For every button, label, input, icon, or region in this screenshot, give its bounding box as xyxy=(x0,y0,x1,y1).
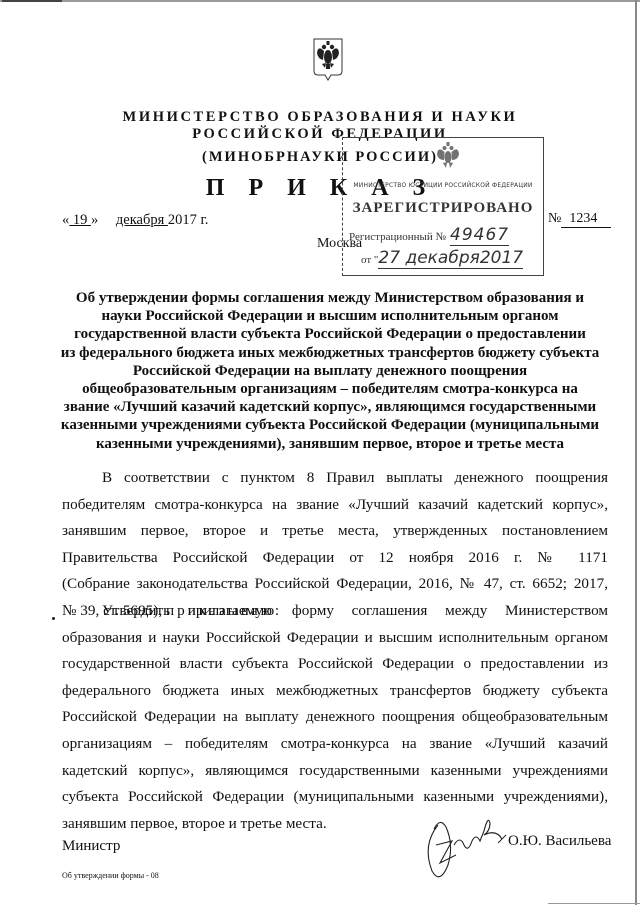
document-type-title: П Р И К А З xyxy=(0,175,640,202)
signatory-position: Министр xyxy=(62,838,120,855)
date-day: 19 xyxy=(69,212,91,228)
signatory-name: О.Ю. Васильева xyxy=(508,833,611,850)
stamp-title: ЗАРЕГИСТРИРОВАНО xyxy=(343,200,543,217)
paragraph-line: В соответствии с пунктом 8 Правил выплат… xyxy=(62,465,608,492)
paragraph-line: федерального бюджета иных межбюджетных т… xyxy=(62,678,608,705)
subject-line: звание «Лучший казачий кадетский корпус»… xyxy=(60,398,600,416)
number-sign: № xyxy=(548,211,561,226)
stamp-registration-number: Регистрационный №49467 xyxy=(349,225,509,245)
paragraph-line: субъекта Российской Федерации (муниципал… xyxy=(62,784,608,811)
ministry-short-name: (МИНОБРНАУКИ РОССИИ) xyxy=(0,149,640,166)
stamp-registration-date: от "27 декабря2017 xyxy=(361,248,523,268)
page-top-border xyxy=(0,0,640,2)
page-top-border-dark xyxy=(2,0,62,2)
paragraph-line: Российской Федерации на выплату денежног… xyxy=(62,704,608,731)
date-month: декабря xyxy=(102,212,168,228)
paragraph-line: кадетский корпус», являющимся государств… xyxy=(62,758,608,785)
stamp-organization: МИНИСТЕРСТВО ЮСТИЦИИ РОССИЙСКОЙ ФЕДЕРАЦИ… xyxy=(343,182,543,189)
paragraph-line: государственной власти субъекта Российск… xyxy=(62,651,608,678)
paragraph-line: Правительства Российской Федерации от 12… xyxy=(62,545,608,572)
footer-file-label: Об утверждении формы - 08 xyxy=(62,871,159,880)
number-value: 1234 xyxy=(561,211,611,228)
paragraph-line: победителям смотра-конкурса на звание «Л… xyxy=(62,492,608,519)
paragraph-line: Утвердить прилагаемую форму соглашения м… xyxy=(62,598,608,625)
subject-line: казенными учреждениями), занявшим первое… xyxy=(60,435,600,453)
paragraph-line: организациям – победителям смотра-конкур… xyxy=(62,731,608,758)
paragraph-line: занявшим первое, второе и третье места, … xyxy=(62,518,608,545)
document-date: « 19 » декабря 2017 г. xyxy=(62,212,208,229)
date-year: 2017 г. xyxy=(168,212,209,228)
stamp-reg-value: 49467 xyxy=(450,225,509,246)
stamp-eagle-icon xyxy=(435,140,461,174)
ministry-name-line1: МИНИСТЕРСТВО ОБРАЗОВАНИЯ И НАУКИ xyxy=(0,109,640,126)
subject-line: казенными учреждениями субъекта Российск… xyxy=(60,416,600,434)
registration-stamp: МИНИСТЕРСТВО ЮСТИЦИИ РОССИЙСКОЙ ФЕДЕРАЦИ… xyxy=(342,137,544,276)
subject-line: из федерального бюджета иных межбюджетны… xyxy=(60,344,600,362)
subject-line: Об утверждении формы соглашения между Ми… xyxy=(60,289,600,307)
paragraph-line: образования и науки Российской Федерации… xyxy=(62,625,608,652)
stamp-date-label: от " xyxy=(361,254,378,266)
stamp-date-value: 27 декабря xyxy=(378,248,479,269)
coat-of-arms-icon xyxy=(312,37,344,81)
handwritten-signature-icon xyxy=(418,805,518,885)
scan-speck xyxy=(52,617,55,620)
document-number: №1234 xyxy=(548,211,611,228)
date-quote-close: » xyxy=(91,212,98,228)
order-paragraph: Утвердить прилагаемую форму соглашения м… xyxy=(62,598,608,837)
ministry-name-line2: РОССИЙСКОЙ ФЕДЕРАЦИИ xyxy=(0,126,640,143)
document-subject: Об утверждении формы соглашения между Ми… xyxy=(60,289,600,453)
paragraph-line: (Собрание законодательства Российской Фе… xyxy=(62,571,608,598)
stamp-date-year: 2017 xyxy=(480,248,523,269)
subject-line: науки Российской Федерации и высшим испо… xyxy=(60,307,600,325)
subject-line: государственной власти субъекта Российск… xyxy=(60,325,600,343)
page-bottom-border xyxy=(548,903,640,904)
subject-line: общеобразовательным организациям – побед… xyxy=(60,380,600,398)
stamp-reg-label: Регистрационный № xyxy=(349,231,446,243)
subject-line: Российской Федерации на выплату денежног… xyxy=(60,362,600,380)
